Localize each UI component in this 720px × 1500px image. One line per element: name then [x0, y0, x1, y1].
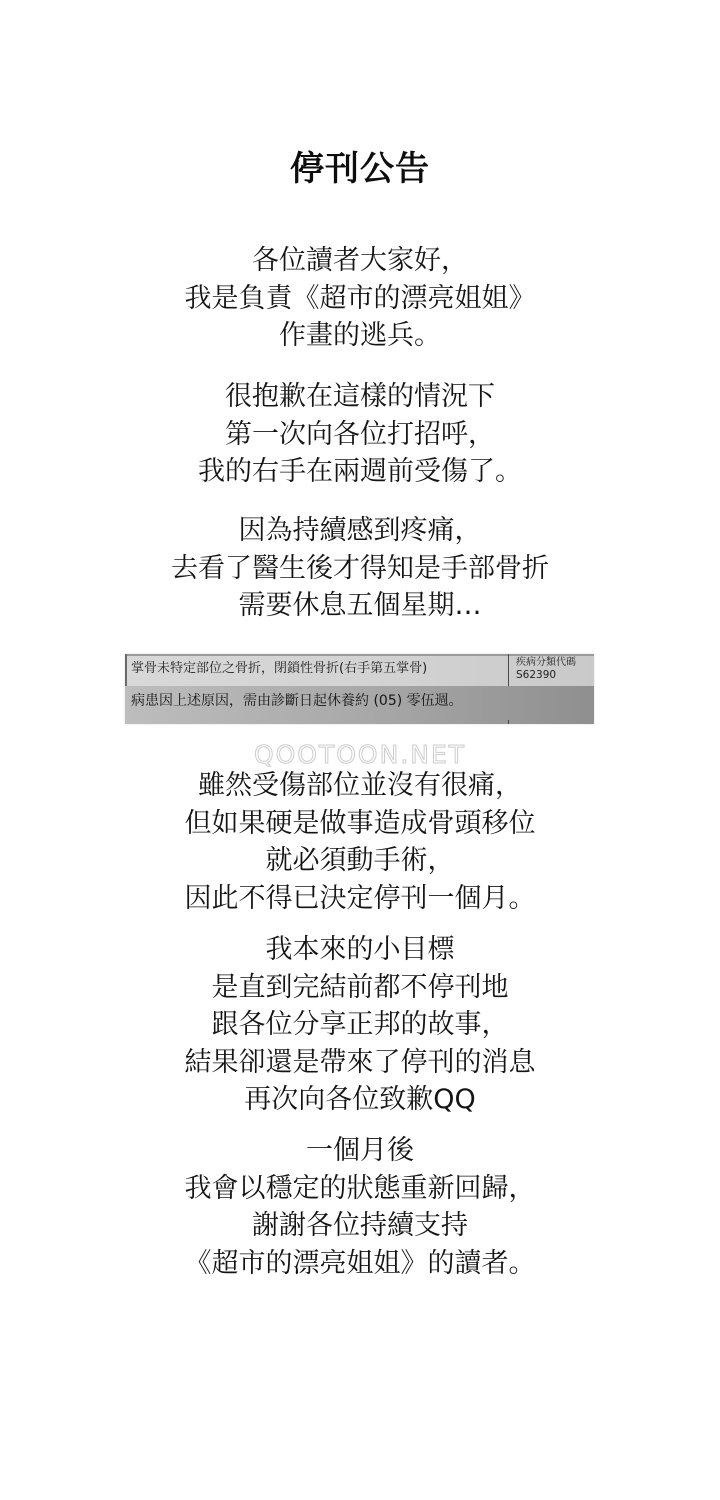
text-line: 就必須動手術，: [0, 842, 720, 880]
text-line: 但如果硬是做事造成骨頭移位: [0, 805, 720, 843]
certificate-code-value: S62390: [516, 669, 556, 682]
paragraph-surgery-risk: 雖然受傷部位並沒有很痛， 但如果硬是做事造成骨頭移位 就必須動手術， 因此不得已…: [0, 767, 720, 917]
medical-certificate-photo: 掌骨未特定部位之骨折，閉鎖性骨折(右手第五掌骨) 疾病分類代碼 S62390 病…: [125, 654, 594, 724]
text-line: 是直到完結前都不停刊地: [0, 969, 720, 1007]
certificate-rest-note: 病患因上述原因，需由診斷日起休養約 (05) 零伍週。: [131, 692, 463, 710]
text-line: 我會以穩定的狀態重新回歸，: [0, 1170, 720, 1208]
paragraph-apology: 很抱歉在這樣的情況下 第一次向各位打招呼， 我的右手在兩週前受傷了。: [0, 378, 720, 491]
certificate-diagnosis-text: 掌骨未特定部位之骨折，閉鎖性骨折(右手第五掌骨): [131, 660, 427, 678]
text-line: 第一次向各位打招呼，: [0, 416, 720, 454]
text-line: 去看了醫生後才得知是手部骨折: [0, 550, 720, 588]
text-line: 謝謝各位持續支持: [0, 1207, 720, 1245]
text-line: 雖然受傷部位並沒有很痛，: [0, 767, 720, 805]
certificate-divider: [508, 720, 509, 724]
certificate-code-label: 疾病分類代碼: [516, 656, 576, 669]
paragraph-return: 一個月後 我會以穩定的狀態重新回歸， 謝謝各位持續支持 《超市的漂亮姐姐》的讀者…: [0, 1132, 720, 1282]
paragraph-greeting: 各位讀者大家好， 我是負責《超市的漂亮姐姐》 作畫的逃兵。: [0, 242, 720, 355]
paragraph-diagnosis: 因為持續感到疼痛， 去看了醫生後才得知是手部骨折 需要休息五個星期…: [0, 512, 720, 625]
paragraph-goal: 我本來的小目標 是直到完結前都不停刊地 跟各位分享正邦的故事， 結果卻還是帶來了…: [0, 931, 720, 1119]
text-line: 《超市的漂亮姐姐》的讀者。: [0, 1245, 720, 1283]
text-line: 因為持續感到疼痛，: [0, 512, 720, 550]
text-line: 很抱歉在這樣的情況下: [0, 378, 720, 416]
text-line: 我的右手在兩週前受傷了。: [0, 453, 720, 491]
text-line: 我是負責《超市的漂亮姐姐》: [0, 280, 720, 318]
text-line: 再次向各位致歉QQ: [0, 1081, 720, 1119]
text-line: 跟各位分享正邦的故事，: [0, 1006, 720, 1044]
announcement-page: 停刊公告 各位讀者大家好， 我是負責《超市的漂亮姐姐》 作畫的逃兵。 很抱歉在這…: [0, 0, 720, 1500]
text-line: 因此不得已決定停刊一個月。: [0, 880, 720, 918]
certificate-divider: [508, 654, 509, 686]
watermark: QOOTOON.NET: [0, 740, 720, 770]
page-title: 停刊公告: [0, 146, 720, 192]
text-line: 作畫的逃兵。: [0, 317, 720, 355]
text-line: 一個月後: [0, 1132, 720, 1170]
certificate-border: [125, 654, 127, 686]
text-line: 需要休息五個星期…: [0, 587, 720, 625]
text-line: 結果卻還是帶來了停刊的消息: [0, 1044, 720, 1082]
text-line: 我本來的小目標: [0, 931, 720, 969]
text-line: 各位讀者大家好，: [0, 242, 720, 280]
